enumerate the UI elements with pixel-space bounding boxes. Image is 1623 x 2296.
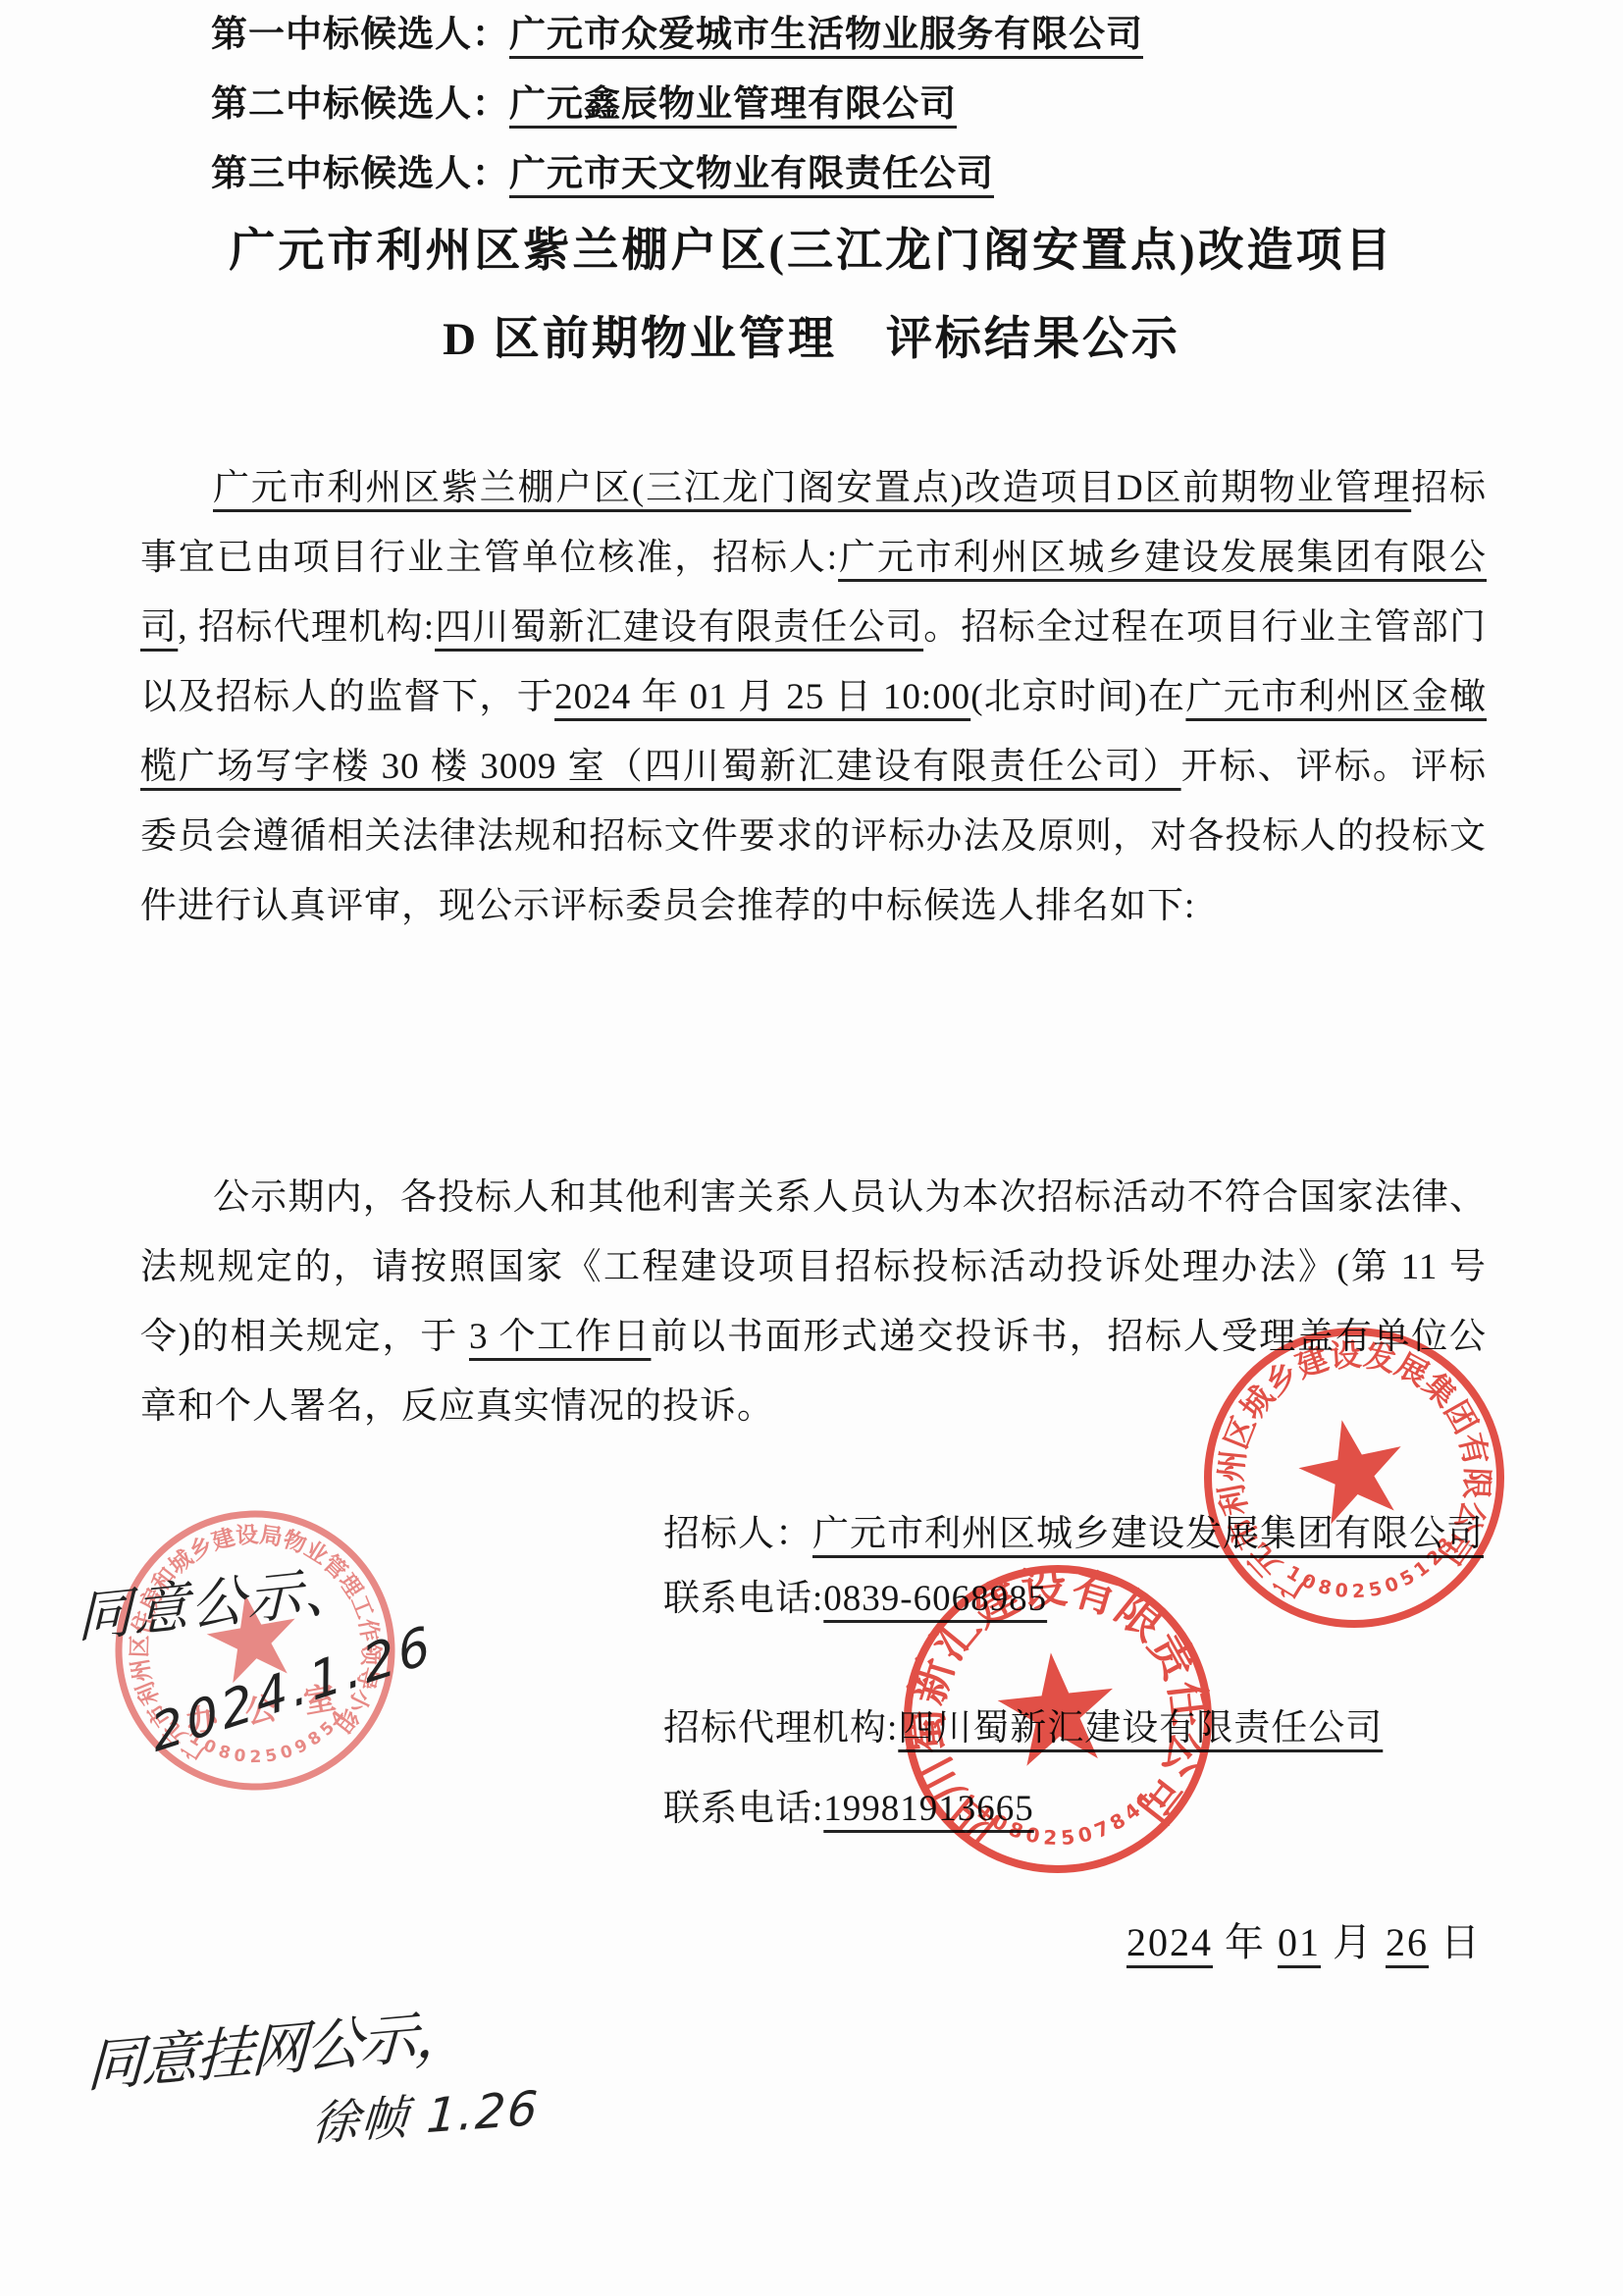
- candidate-2-company: 广元鑫辰物业管理有限公司: [509, 84, 957, 125]
- agency-company-seal: 四川蜀新汇建设有限责任公司 5108025078414: [874, 1536, 1241, 1903]
- star-icon: [993, 1646, 1120, 1768]
- underlined-text: 01: [1278, 1920, 1321, 1964]
- underlined-text: 2024: [1126, 1920, 1213, 1964]
- text: 年: [1213, 1920, 1278, 1964]
- agency-phone-label: 联系电话:: [663, 1789, 823, 1829]
- tenderer-label: 招标人：: [663, 1514, 812, 1554]
- text: (北京时间)在: [970, 677, 1185, 717]
- underlined-text: 26: [1386, 1920, 1429, 1964]
- candidate-row-1: 第一中标候选人：广元市众爱城市生活物业服务有限公司: [211, 0, 1487, 70]
- publish-date: 2024 年 01 月 26 日: [1126, 1911, 1482, 1967]
- candidate-2-label: 第二中标候选人：: [211, 84, 509, 125]
- text: 月: [1321, 1920, 1386, 1964]
- underlined-text: 广元市利州区紫兰棚户区(三江龙门阁安置点)改造项目D区前期物业管理: [213, 468, 1411, 508]
- underlined-text: 3 个工作日: [469, 1317, 651, 1357]
- document-title-line2: D 区前期物业管理 评标结果公示: [0, 306, 1623, 373]
- tenderer-phone-label: 联系电话:: [663, 1579, 823, 1619]
- candidate-row-3: 第三中标候选人：广元市天文物业有限责任公司: [211, 139, 1487, 209]
- underlined-text: 四川蜀新汇建设有限责任公司: [435, 607, 923, 648]
- document-page: 广元市利州区紫兰棚户区(三江龙门阁安置点)改造项目 D 区前期物业管理 评标结果…: [0, 0, 1623, 2296]
- candidate-list: 第一中标候选人：广元市众爱城市生活物业服务有限公司 第二中标候选人：广元鑫辰物业…: [211, 0, 1487, 209]
- text: 日: [1429, 1920, 1482, 1964]
- document-title-line1: 广元市利州区紫兰棚户区(三江龙门阁安置点)改造项目: [0, 218, 1623, 285]
- star-icon: [1290, 1409, 1413, 1528]
- tenderer-company-seal: 广元市利州区城乡建设发展集团有限公司 5108025051232: [1162, 1285, 1545, 1669]
- text: , 招标代理机构:: [178, 607, 435, 648]
- candidate-3-label: 第三中标候选人：: [211, 154, 509, 194]
- handwritten-signature: 徐帧 1.26: [310, 2070, 542, 2155]
- candidate-1-company: 广元市众爱城市生活物业服务有限公司: [509, 15, 1143, 55]
- candidate-row-2: 第二中标候选人：广元鑫辰物业管理有限公司: [211, 70, 1487, 139]
- agency-label: 招标代理机构:: [663, 1708, 898, 1748]
- candidate-3-company: 广元市天文物业有限责任公司: [509, 154, 994, 194]
- paragraph-intro: 广元市利州区紫兰棚户区(三江龙门阁安置点)改造项目D区前期物业管理招标事宜已由项…: [140, 453, 1487, 941]
- candidate-1-label: 第一中标候选人：: [211, 15, 509, 55]
- underlined-text: 2024 年 01 月 25 日 10:00: [554, 677, 970, 717]
